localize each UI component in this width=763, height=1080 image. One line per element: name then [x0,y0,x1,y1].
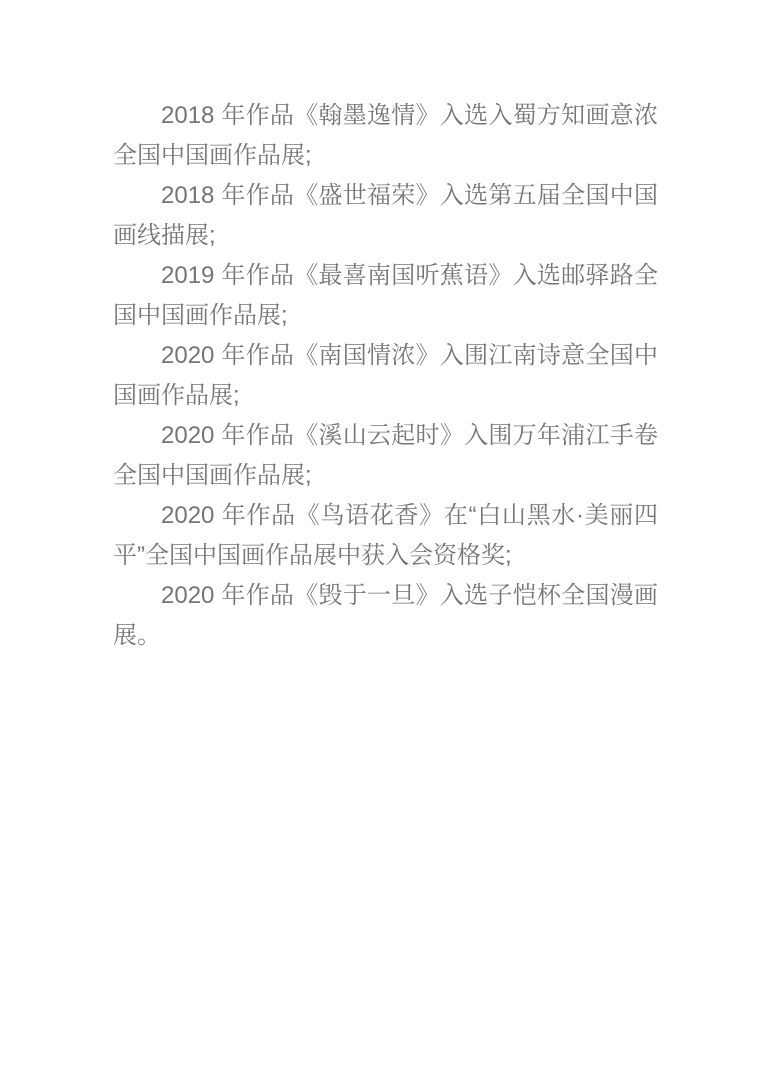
paragraph-2018-hanmoyiqing: 2018 年作品《翰墨逸情》入选入蜀方知画意浓全国中国画作品展; [113,96,658,176]
paragraph-2018-shengshifurong: 2018 年作品《盛世福荣》入选第五届全国中国画线描展; [113,176,658,256]
paragraph-2019-zuixinanguo: 2019 年作品《最喜南国听蕉语》入选邮驿路全国中国画作品展; [113,256,658,336]
document-page: 2018 年作品《翰墨逸情》入选入蜀方知画意浓全国中国画作品展; 2018 年作… [0,0,763,1080]
text-block: 2018 年作品《翰墨逸情》入选入蜀方知画意浓全国中国画作品展; 2018 年作… [0,0,658,656]
paragraph-2020-nanguoqingnong: 2020 年作品《南国情浓》入围江南诗意全国中国画作品展; [113,336,658,416]
paragraph-2020-niaoyuhuaxiang: 2020 年作品《鸟语花香》在“白山黑水·美丽四平”全国中国画作品展中获入会资格… [113,496,658,576]
paragraph-2020-xishanyunqishi: 2020 年作品《溪山云起时》入围万年浦江手卷全国中国画作品展; [113,416,658,496]
paragraph-2020-huiyuyidan: 2020 年作品《毁于一旦》入选子恺杯全国漫画展。 [113,576,658,656]
